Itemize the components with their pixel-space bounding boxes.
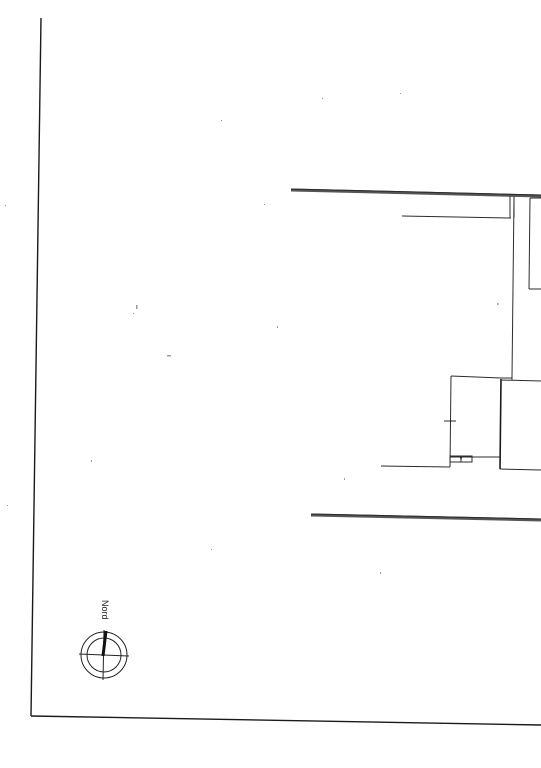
top-boundary-wall — [291, 189, 541, 196]
north-label: Nord — [100, 600, 110, 620]
site-plan-drawing: Nord — [0, 0, 541, 768]
scan-specks — [5, 93, 499, 574]
bottom-boundary-wall — [311, 514, 541, 520]
building-outline — [381, 196, 541, 470]
north-arrow-compass-icon — [79, 630, 129, 680]
